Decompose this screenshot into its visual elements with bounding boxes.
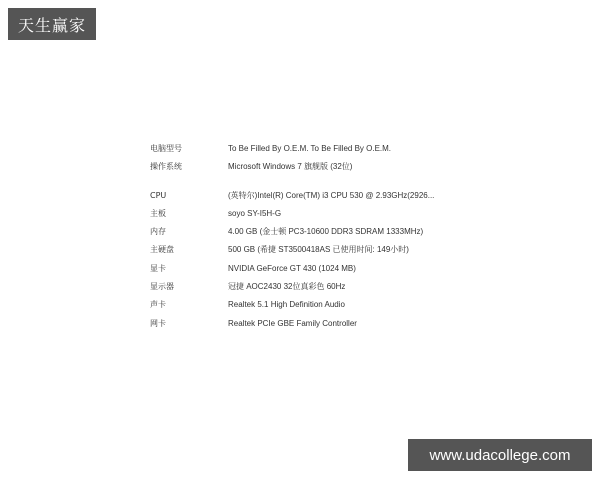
info-value: 冠捷 AOC2430 32位真彩色 60Hz: [228, 281, 345, 292]
info-label: CPU: [150, 191, 220, 200]
info-label: 显卡: [150, 263, 220, 274]
info-value: 500 GB (希捷 ST3500418AS 已使用时间: 149小时): [228, 244, 409, 255]
watermark-bottom-right: www.udacollege.com: [408, 439, 592, 471]
info-label: 主板: [150, 208, 220, 219]
info-label: 主硬盘: [150, 244, 220, 255]
info-value: (英特尔)Intel(R) Core(TM) i3 CPU 530 @ 2.93…: [228, 190, 434, 201]
info-value: NVIDIA GeForce GT 430 (1024 MB): [228, 264, 356, 273]
info-label: 内存: [150, 226, 220, 237]
info-label: 操作系统: [150, 161, 220, 172]
system-info-panel: 电脑型号 To Be Filled By O.E.M. To Be Filled…: [145, 138, 475, 338]
info-value: To Be Filled By O.E.M. To Be Filled By O…: [228, 144, 391, 153]
info-value: Realtek PCIe GBE Family Controller: [228, 319, 357, 328]
info-label: 显示器: [150, 281, 220, 292]
info-label: 网卡: [150, 318, 220, 329]
info-label: 电脑型号: [150, 143, 220, 154]
info-value: Realtek 5.1 High Definition Audio: [228, 300, 345, 309]
watermark-top-left: 天生赢家: [8, 8, 96, 40]
info-label: 声卡: [150, 299, 220, 310]
info-value: Microsoft Windows 7 旗舰版 (32位): [228, 161, 352, 172]
crop-edge: [145, 138, 475, 143]
info-value: 4.00 GB (金士顿 PC3-10600 DDR3 SDRAM 1333MH…: [228, 226, 423, 237]
info-value: soyo SY-I5H-G: [228, 209, 281, 218]
